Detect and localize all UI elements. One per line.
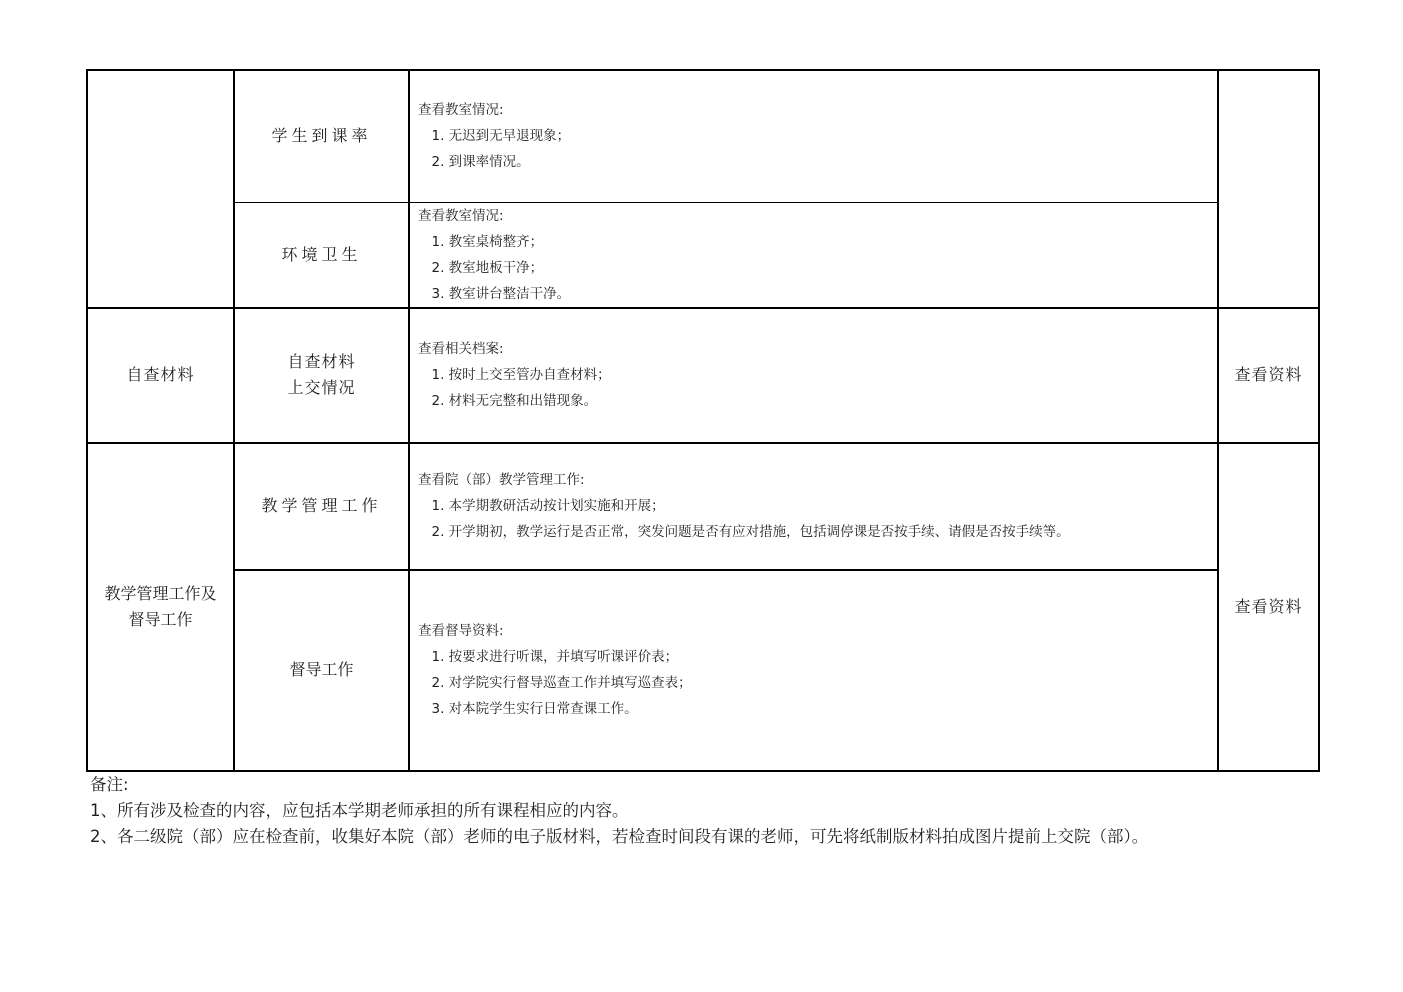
table-row: 学生到课率 查看教室情况: 1. 无迟到无早退现象； 2. 到课率情况。 xyxy=(87,70,1319,202)
criteria-line: 1. 按要求进行听课，并填写听课评价表； xyxy=(418,644,1209,670)
note-item: 1、所有涉及检查的内容，应包括本学期老师承担的所有课程相应的内容。 xyxy=(90,798,1380,824)
criteria-line: 2. 材料无完整和出错现象。 xyxy=(418,388,1209,414)
item-cell: 督导工作 xyxy=(234,570,409,771)
notes-title: 备注: xyxy=(90,772,1380,798)
method-cell-empty xyxy=(1218,70,1319,308)
criteria-cell: 查看院（部）教学管理工作: 1. 本学期教研活动按计划实施和开展； 2. 开学期… xyxy=(409,443,1218,570)
table-row: 督导工作 查看督导资料: 1. 按要求进行听课，并填写听课评价表； 2. 对学院… xyxy=(87,570,1319,771)
item-cell: 教学管理工作 xyxy=(234,443,409,570)
note-item: 2、各二级院（部）应在检查前，收集好本院（部）老师的电子版材料，若检查时间段有课… xyxy=(90,824,1380,850)
criteria-line: 2. 对学院实行督导巡查工作并填写巡查表； xyxy=(418,670,1209,696)
criteria-line: 2. 教室地板干净； xyxy=(418,255,1209,281)
item-label-line: 自查材料 xyxy=(235,349,408,375)
notes-section: 备注: 1、所有涉及检查的内容，应包括本学期老师承担的所有课程相应的内容。 2、… xyxy=(90,772,1380,850)
criteria-line: 1. 教室桌椅整齐； xyxy=(418,229,1209,255)
criteria-line: 查看院（部）教学管理工作: xyxy=(418,467,1209,493)
criteria-line: 1. 本学期教研活动按计划实施和开展； xyxy=(418,493,1209,519)
category-cell: 自查材料 xyxy=(87,308,234,443)
method-cell: 查看资料 xyxy=(1218,443,1319,771)
criteria-line: 查看教室情况: xyxy=(418,97,1209,123)
table-row: 环境卫生 查看教室情况: 1. 教室桌椅整齐； 2. 教室地板干净； 3. 教室… xyxy=(87,202,1319,308)
criteria-line: 查看教室情况: xyxy=(418,203,1209,229)
item-cell: 环境卫生 xyxy=(234,202,409,308)
criteria-cell: 查看教室情况: 1. 无迟到无早退现象； 2. 到课率情况。 xyxy=(409,70,1218,202)
inspection-table: 学生到课率 查看教室情况: 1. 无迟到无早退现象； 2. 到课率情况。 环境卫… xyxy=(86,69,1320,772)
criteria-line: 2. 到课率情况。 xyxy=(418,149,1209,175)
item-cell: 自查材料 上交情况 xyxy=(234,308,409,443)
category-label-line: 督导工作 xyxy=(88,607,233,633)
criteria-line: 1. 按时上交至管办自查材料； xyxy=(418,362,1209,388)
criteria-line: 查看督导资料: xyxy=(418,618,1209,644)
criteria-line: 3. 对本院学生实行日常查课工作。 xyxy=(418,696,1209,722)
table-row: 自查材料 自查材料 上交情况 查看相关档案: 1. 按时上交至管办自查材料； 2… xyxy=(87,308,1319,443)
item-cell: 学生到课率 xyxy=(234,70,409,202)
document-page: 学生到课率 查看教室情况: 1. 无迟到无早退现象； 2. 到课率情况。 环境卫… xyxy=(0,0,1403,992)
category-cell-empty xyxy=(87,70,234,308)
category-cell: 教学管理工作及 督导工作 xyxy=(87,443,234,771)
table-row: 教学管理工作及 督导工作 教学管理工作 查看院（部）教学管理工作: 1. 本学期… xyxy=(87,443,1319,570)
criteria-line: 1. 无迟到无早退现象； xyxy=(418,123,1209,149)
criteria-cell: 查看相关档案: 1. 按时上交至管办自查材料； 2. 材料无完整和出错现象。 xyxy=(409,308,1218,443)
criteria-line: 查看相关档案: xyxy=(418,336,1209,362)
item-label-line: 上交情况 xyxy=(235,375,408,401)
criteria-line: 3. 教室讲台整洁干净。 xyxy=(418,281,1209,307)
method-cell: 查看资料 xyxy=(1218,308,1319,443)
criteria-cell: 查看教室情况: 1. 教室桌椅整齐； 2. 教室地板干净； 3. 教室讲台整洁干… xyxy=(409,202,1218,308)
criteria-cell: 查看督导资料: 1. 按要求进行听课，并填写听课评价表； 2. 对学院实行督导巡… xyxy=(409,570,1218,771)
criteria-line: 2. 开学期初，教学运行是否正常，突发问题是否有应对措施，包括调停课是否按手续、… xyxy=(418,519,1209,545)
category-label-line: 教学管理工作及 xyxy=(88,581,233,607)
